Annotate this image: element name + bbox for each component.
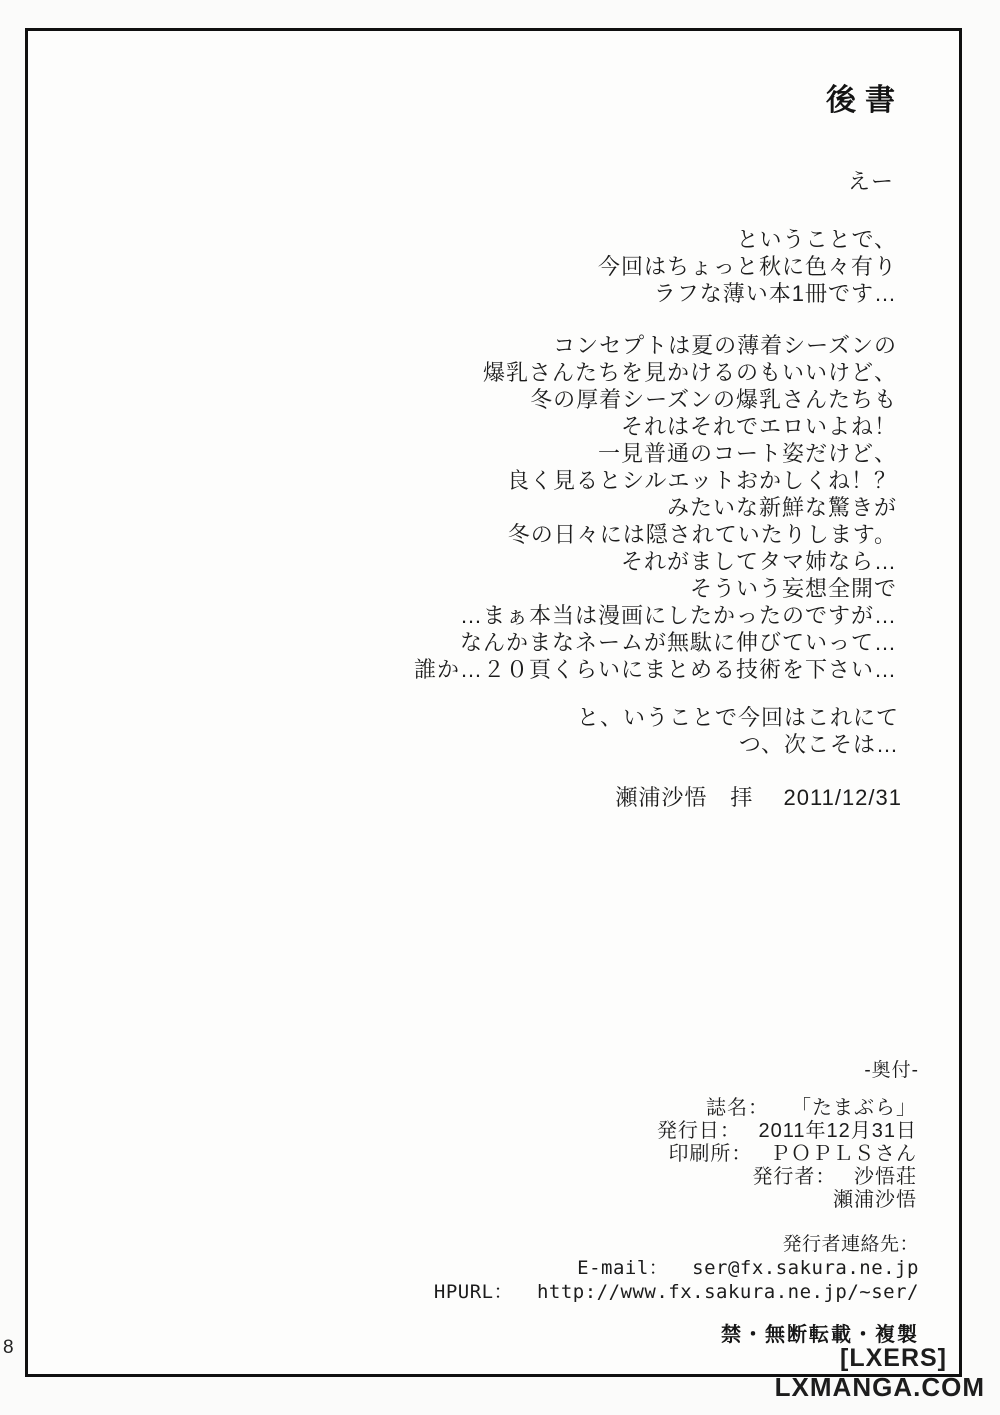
copyright-notice: 禁・無断転載・複製 (721, 1318, 919, 1347)
text-line: 良く見るとシルエットおかしくね！？ (414, 467, 897, 494)
page-title: 後書 (826, 75, 904, 119)
watermark-lxmanga: LXMANGA.COM (775, 1372, 985, 1403)
text-line: つ、次こそは… (577, 731, 899, 758)
text-line: ラフな薄い本1冊です… (598, 280, 897, 307)
text-line: 発行日： 2011年12月31日 (657, 1120, 917, 1143)
colophon-header: -奥付- (864, 1055, 919, 1082)
text-line: なんかまなネームが無駄に伸びていって… (414, 629, 897, 656)
text-line: 冬の日々には隠されていたりします。 (414, 521, 897, 548)
text-line: 誌名： 「たまぶら」 (657, 1097, 917, 1120)
colophon-entries: 誌名： 「たまぶら」発行日： 2011年12月31日印刷所： ＰＯＰＬＳさん発行… (657, 1097, 917, 1212)
text-line: 瀬浦沙悟 (657, 1189, 917, 1212)
scanned-page: { "page": { "title": "後書", "page_number"… (0, 0, 1000, 1415)
text-line: 誰か…２０頁くらいにまとめる技術を下さい… (414, 656, 897, 683)
text-line: 今回はちょっと秋に色々有り (598, 253, 897, 280)
text-line: 発行者： 沙悟荘 (657, 1166, 917, 1189)
afterword-paragraph-closing: と、いうことで今回はこれにてつ、次こそは… (577, 704, 899, 758)
afterword-paragraph-body: コンセプトは夏の薄着シーズンの爆乳さんたちを見かけるのもいいけど、冬の厚着シーズ… (414, 332, 897, 683)
text-line: 発行者連絡先： (434, 1232, 919, 1256)
publisher-contact: 発行者連絡先：E-mail： ser@fx.sakura.ne.jpHPURL：… (434, 1232, 919, 1304)
text-line: 爆乳さんたちを見かけるのもいいけど、 (414, 359, 897, 386)
text-line: みたいな新鮮な驚きが (414, 494, 897, 521)
afterword-opening: えー (848, 168, 894, 195)
text-line: …まぁ本当は漫画にしたかったのですが… (414, 602, 897, 629)
text-line: コンセプトは夏の薄着シーズンの (414, 332, 897, 359)
afterword-paragraph-intro: ということで、今回はちょっと秋に色々有りラフな薄い本1冊です… (598, 226, 897, 307)
text-line: それがましてタマ姉なら… (414, 548, 897, 575)
page-number: 8 (3, 1337, 14, 1359)
text-line: 印刷所： ＰＯＰＬＳさん (657, 1143, 917, 1166)
text-line: それはそれでエロいよね！ (414, 413, 897, 440)
page-frame: 後書 えー ということで、今回はちょっと秋に色々有りラフな薄い本1冊です… コン… (25, 28, 962, 1377)
signature-line: 瀬浦沙悟 拝 2011/12/31 (615, 781, 902, 812)
text-line: 一見普通のコート姿だけど、 (414, 440, 897, 467)
watermark-lxers: [LXERS] (840, 1344, 947, 1373)
text-line: ということで、 (598, 226, 897, 253)
text-line: 冬の厚着シーズンの爆乳さんたちも (414, 386, 897, 413)
text-line: と、いうことで今回はこれにて (577, 704, 899, 731)
text-line: E-mail： ser@fx.sakura.ne.jp (434, 1256, 919, 1280)
text-line: そういう妄想全開で (414, 575, 897, 602)
text-line: HPURL： http://www.fx.sakura.ne.jp/~ser/ (434, 1280, 919, 1304)
